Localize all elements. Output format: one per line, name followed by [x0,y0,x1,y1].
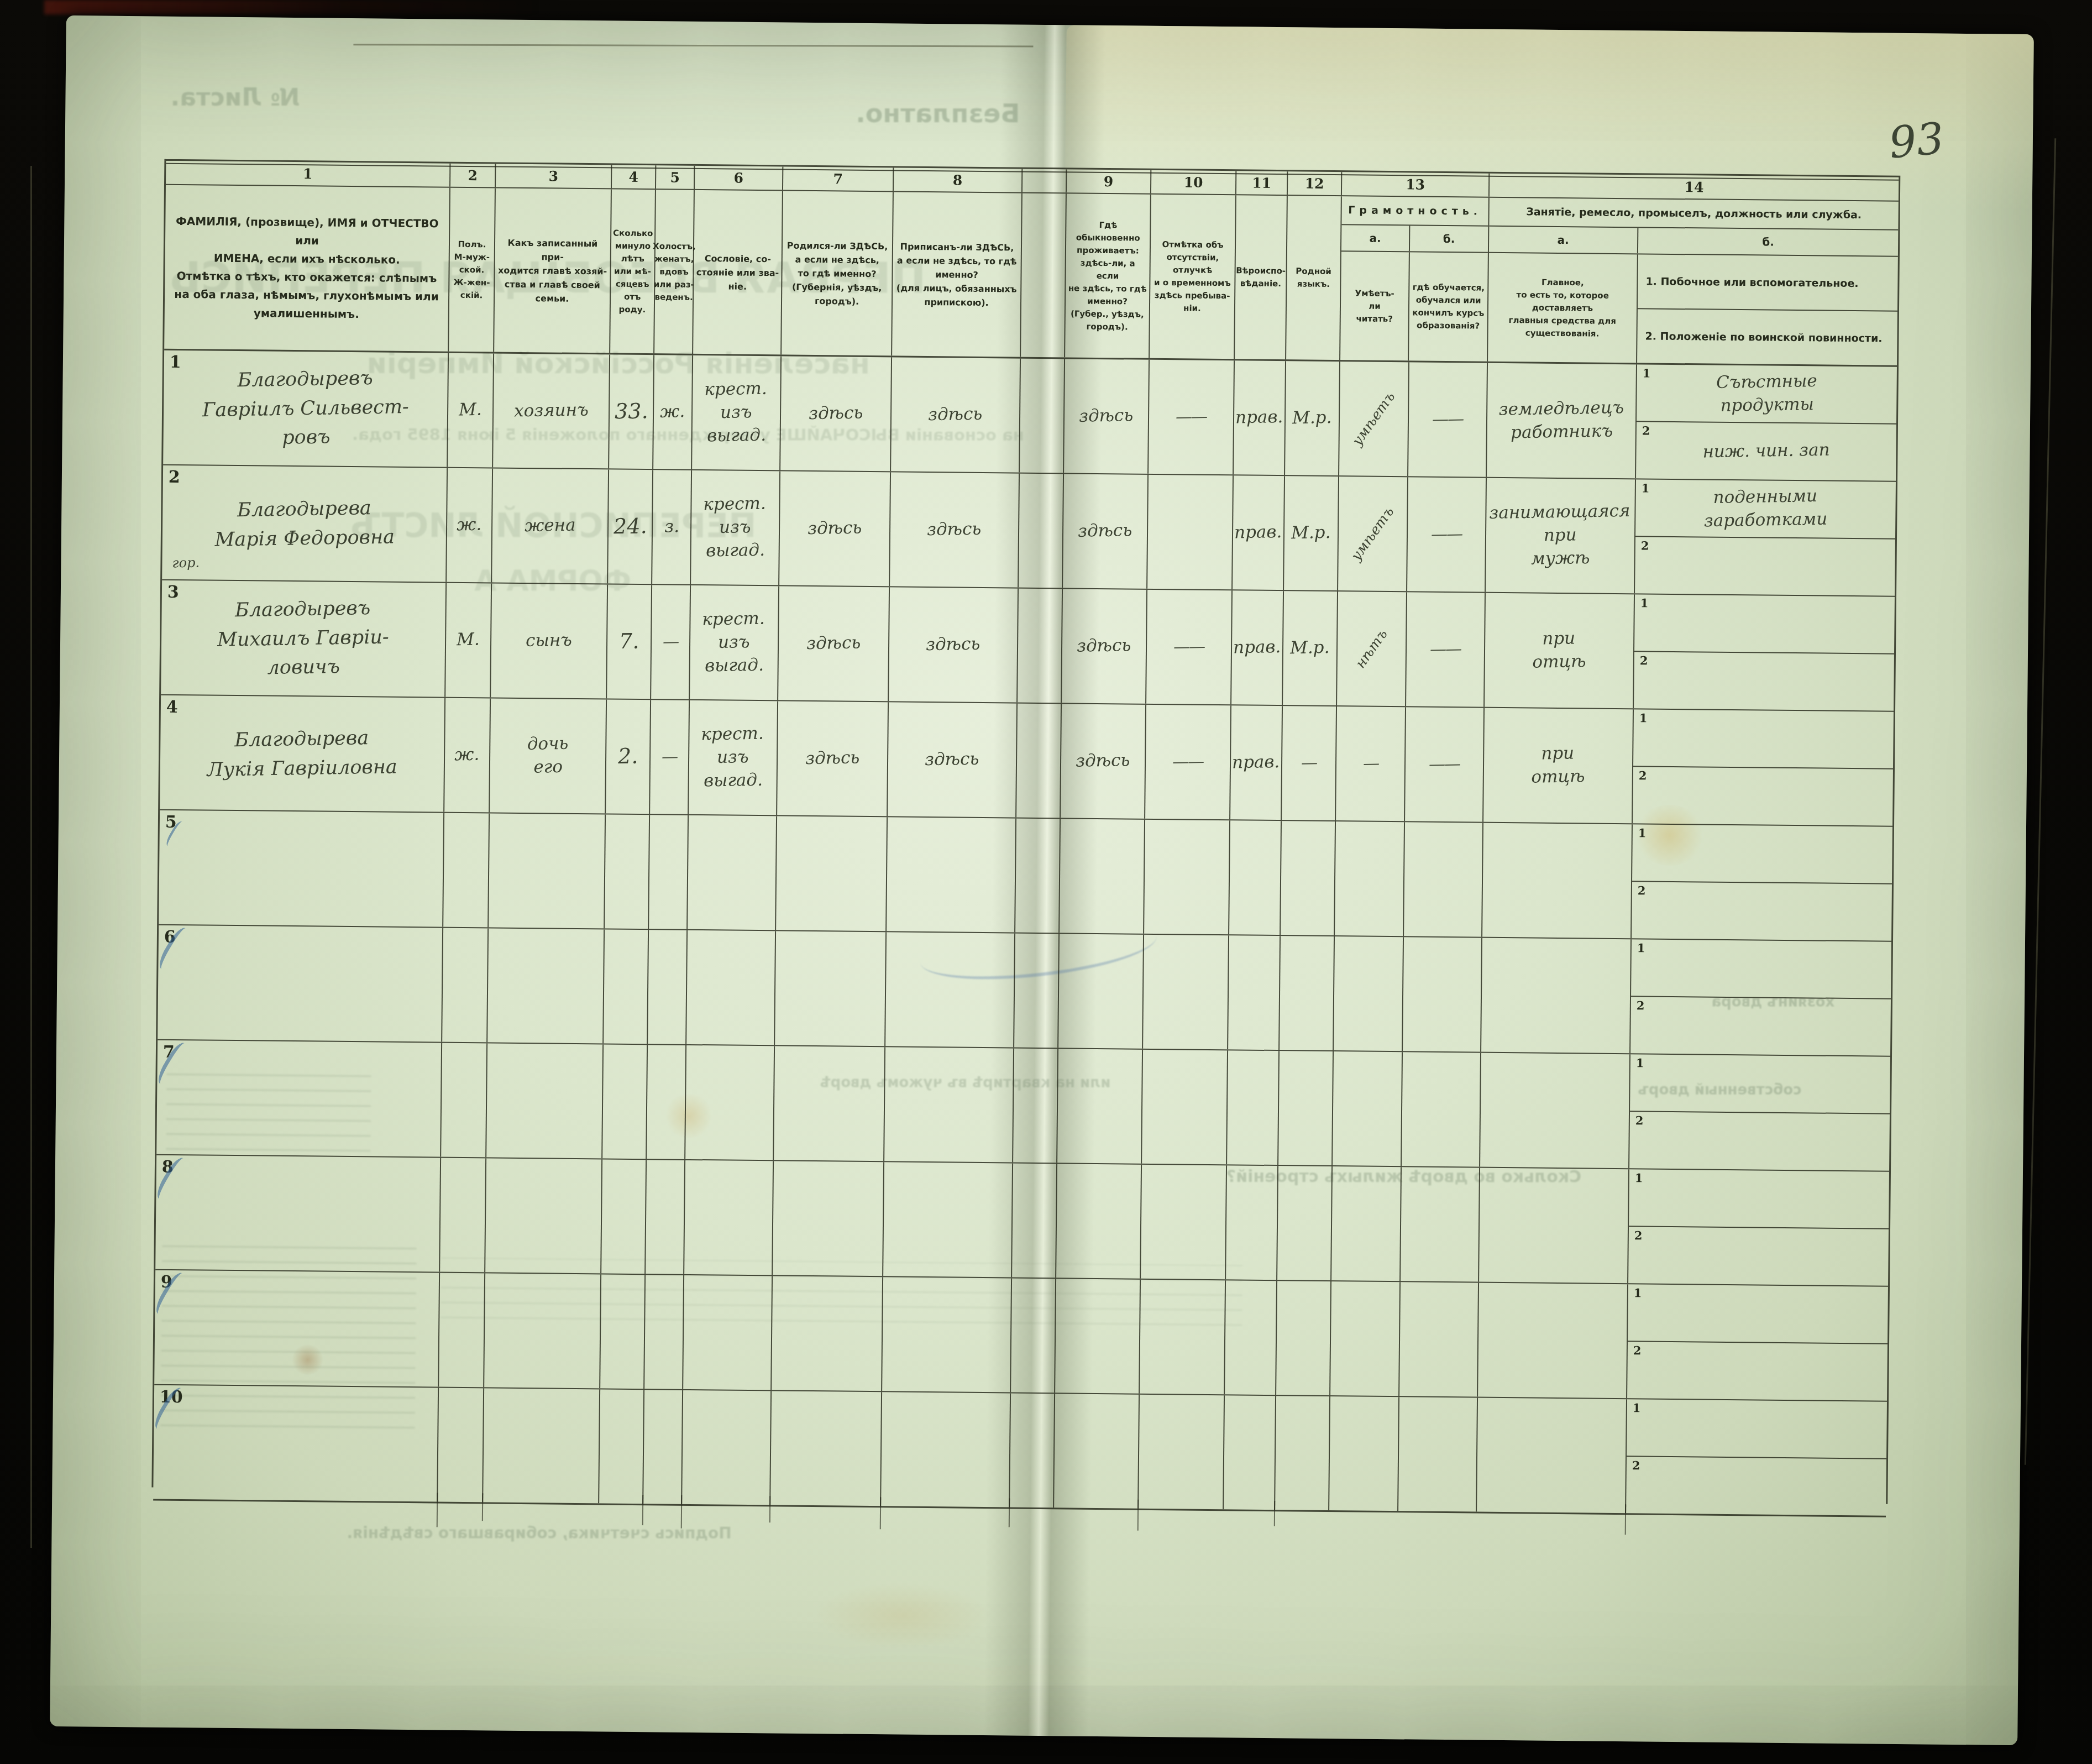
header-estate: Сословіе, со- стояніе или зва- ніе. [693,190,783,355]
entry-absence: —— [1173,636,1205,658]
cell-estate [682,1390,772,1505]
cell-marital: з. [652,470,692,584]
cell-education [1401,1167,1480,1281]
cell-language [1280,936,1335,1050]
printed-sub2: 2 [1635,1113,1644,1127]
cell-literacy [1334,936,1404,1051]
cell-birthplace: здѣсь [778,586,890,701]
cell-sex [438,1388,484,1503]
cell-surname: 9 [154,1270,440,1387]
cell-absence [1142,1050,1228,1164]
cell-estate [684,1160,774,1275]
cell-literacy: — [1336,706,1406,821]
entry-relation: хозяинъ [513,399,588,423]
col-number: 7 [783,166,894,191]
cell-age: 2. [606,699,651,814]
header-religion: Вѣроиспо- вѣданіе. [1235,195,1288,359]
entry-estate: крест. изъ выгад. [701,723,764,793]
rule-stub [482,1493,483,1521]
header-literacy-read: Умѣетъ- ли читать? [1340,252,1410,360]
entry-relation: сынъ [526,629,572,653]
entry-name: Благодырева Лукія Гавріиловна [207,723,398,784]
cell-education [1404,822,1483,936]
bleed-sheet-no: № Листа. [171,83,300,112]
fold-spacer [1012,1164,1057,1278]
rule-stub [642,1495,644,1525]
cell-occupation-side: 1 2 [1633,709,1894,826]
cell-sex: М. [445,583,492,698]
cell-education [1398,1397,1478,1511]
entry-occupation-main: занимающаяся при мужѣ [1489,500,1631,572]
cell-absence [1139,1395,1225,1509]
printed-sub1: 1 [1643,366,1651,380]
page-number: 93 [1887,114,1946,169]
header-absence: Отмѣтка объ отсутствіи, отлучкѣ и о врем… [1150,195,1236,359]
entry-estate: крест. изъ выгад. [702,608,766,678]
cell-surname: 8 [155,1155,441,1272]
cell-marital [649,815,689,929]
entry-occupation-main: при отцѣ [1532,627,1586,674]
cell-education [1402,1052,1481,1166]
entry-literacy: — [1362,752,1378,775]
cell-language [1275,1396,1330,1510]
cell-registration: здѣсь [891,357,1021,472]
printed-sub1: 1 [1642,481,1650,495]
row-number: 4 [166,698,178,717]
row-number: 3 [167,583,179,602]
occupation-side-sub2: 2 [1635,537,1895,596]
census-table: 1 2 3 4 5 6 7 8 9 10 11 12 13 14 ФАМИЛІЯ… [151,159,1900,1504]
cell-registration [887,817,1016,932]
cell-birthplace: здѣсь [777,701,889,816]
cell-language: М.р. [1285,361,1340,475]
cell-language [1281,821,1336,935]
occupation-side-sub1: 1 [1629,1169,1889,1229]
cell-occupation-main [1482,823,1633,939]
census-photo: № Листа. Безплатно. ПЕРВАЯ ВСЕОБЩАЯ ПЕРЕ… [0,0,2092,1764]
cell-occupation-main [1478,1283,1628,1399]
cell-occupation-main [1481,938,1632,1054]
header-occupation-a-label: а. [1489,227,1638,254]
cell-religion [1227,1050,1280,1165]
entry-name: Благодыревъ Михаилъ Гавріи- ловичъ [217,594,390,684]
table-row: 2 Благодырева Марія Федоровна гор. ж. же… [162,465,1896,597]
entry-birthplace: здѣсь [805,747,860,771]
entry-marital: ж. [660,400,685,424]
entry-language: М.р. [1290,636,1330,660]
header-literacy-b-label: б. [1410,226,1488,252]
cell-surname: 4 Благодырева Лукія Гавріиловна [160,695,445,812]
printed-sub1: 1 [1633,1401,1641,1415]
cell-religion [1228,935,1281,1050]
occupation-side-sub1: 1поденными заработками [1635,479,1896,540]
cell-marital: — [651,585,691,699]
occupation-side-sub2: 2 [1627,1342,1887,1401]
cell-education: —— [1406,592,1486,706]
entry-registration: здѣсь [926,633,981,657]
header-birthplace: Родился-ли ЗДѢСЬ, а если не здѣсь, то гд… [782,191,894,355]
cell-residence: здѣсь [1061,704,1146,818]
cell-birthplace: здѣсь [780,356,892,471]
table-row: 7 1 2 [156,1040,1890,1172]
cell-relation: сынъ [491,583,608,698]
cell-marital [646,1160,685,1274]
cell-language [1277,1166,1333,1280]
cell-religion [1225,1280,1277,1395]
cell-age [604,929,649,1044]
bleed-free: Безплатно. [856,98,1020,128]
cell-surname: 10 [153,1385,439,1502]
occupation-side-sub1: 1 [1634,594,1895,655]
cell-sex [440,1158,486,1273]
col-number: 5 [656,165,695,189]
cell-religion [1224,1395,1276,1510]
entry-occupation-side: Съѣстные продукты [1716,370,1818,418]
cell-registration: здѣсь [888,702,1018,817]
printed-sub1: 1 [1635,1171,1643,1185]
header-age: Сколько минуло лѣтъ или мѣ- сяцевъ отъ р… [610,189,656,353]
cell-residence: здѣсь [1064,359,1150,473]
entry-residence: здѣсь [1079,404,1134,428]
page-stack-edge [30,166,32,1548]
cell-absence: —— [1145,705,1231,819]
cell-occupation-main: земледѣлецъ работникъ [1487,363,1637,479]
entry-religion: прав. [1233,636,1281,659]
occupation-side-sub2: 2 [1629,1112,1890,1171]
cell-relation [489,813,606,928]
cell-literacy [1333,1051,1403,1166]
printed-sub2: 2 [1633,1343,1642,1357]
cell-religion: прав. [1233,475,1285,590]
cell-absence: —— [1149,360,1235,474]
header-name: ФАМИЛІЯ, (прозвище), ИМЯ и ОТЧЕСТВО или … [164,185,450,352]
entry-education: —— [1429,753,1460,776]
col-number: 11 [1236,171,1288,195]
header-occupation-side1: 1. Побочное или вспомогательное. [1638,254,1898,312]
cell-residence [1060,819,1145,933]
cell-occupation-main: при отцѣ [1485,593,1635,709]
cell-surname: 6 [158,925,443,1042]
cell-residence [1056,1164,1142,1278]
cell-estate [688,815,777,930]
cell-surname: 7 [156,1040,442,1157]
col-number: 13 [1342,172,1490,197]
header-occupation-group: Занятіе, ремесло, промыселъ, должность и… [1488,198,1899,365]
entry-education: —— [1431,523,1462,546]
cell-age [599,1389,644,1504]
cell-occupation-side: 1 2 [1632,824,1892,941]
header-literacy-a-label: а. [1341,225,1411,251]
row-number: 2 [169,468,180,487]
cell-occupation-side: 1 2 [1628,1169,1889,1286]
cell-age [605,814,650,929]
cell-occupation-main [1479,1168,1629,1284]
cell-religion: прав. [1230,705,1283,820]
printed-sub2: 2 [1632,1458,1640,1472]
entry-religion: прав. [1234,521,1282,545]
cell-residence [1055,1279,1141,1393]
entry-birthplace: здѣсь [808,517,862,541]
paper: № Листа. Безплатно. ПЕРВАЯ ВСЕОБЩАЯ ПЕРЕ… [50,15,2034,1745]
cell-surname: 3 Благодыревъ Михаилъ Гавріи- ловичъ [161,580,447,697]
entry-name: Благодыревъ Гавріилъ Сильвест- ровъ [202,363,410,454]
header-sex: Полъ. М-муж- ской. Ж-жен- скій. [449,188,496,352]
header-literacy-title: Грамотность. [1341,196,1488,227]
printed-sub1: 1 [1634,1286,1642,1300]
cell-religion [1229,820,1282,935]
entry-registration: здѣсь [927,518,982,542]
cell-occupation-side: 1поденными заработками 2 [1635,479,1896,596]
entry-education: —— [1430,638,1461,661]
col-number: 4 [612,165,656,189]
fold-spacer [1018,589,1063,703]
cell-religion: прав. [1231,590,1284,705]
header-occupation-title: Занятіе, ремесло, промыселъ, должность и… [1489,198,1898,231]
printed-sub2: 2 [1637,998,1645,1012]
entry-birthplace: здѣсь [809,402,863,426]
entry-marital: з. [664,515,679,538]
entry-religion: прав. [1232,751,1280,774]
cell-literacy [1331,1166,1402,1281]
cell-sex: ж. [444,698,491,813]
cell-religion [1226,1165,1278,1280]
cell-estate [686,930,776,1045]
cell-occupation-main: занимающаяся при мужѣ [1486,478,1636,594]
cell-language: М.р. [1283,591,1338,705]
cell-birthplace [770,1391,882,1506]
cell-estate [685,1045,775,1160]
cell-residence [1054,1394,1140,1508]
cell-relation [485,1158,602,1273]
printed-sub2: 2 [1640,653,1648,667]
cell-education: —— [1407,477,1487,592]
entry-education: —— [1432,408,1464,431]
cell-marital: ж. [653,355,693,469]
entry-language: М.р. [1292,406,1332,430]
cell-occupation-main [1477,1398,1627,1514]
occupation-side-sub2: 2 [1633,767,1893,826]
occupation-side-sub1: 1 [1632,824,1892,884]
cell-sex [442,928,489,1043]
cell-residence [1058,934,1144,1048]
entry-age: 2. [618,742,638,771]
cell-registration [884,1047,1014,1162]
entry-literacy: умѣетъ [1348,388,1399,449]
entry-note: гор. [172,553,200,572]
cell-absence [1140,1280,1226,1394]
cell-relation: жена [492,468,609,583]
cell-absence [1143,935,1229,1049]
entry-literacy: нѣтъ [1351,626,1392,672]
rule-stub [769,1496,770,1522]
table-row: 4 Благодырева Лукія Гавріиловна ж. дочь … [160,695,1894,827]
occupation-side-sub2: 2 [1634,652,1894,711]
entry-sex: ж. [454,744,480,767]
fold-spacer [1013,1049,1058,1163]
cell-absence [1144,820,1230,934]
rule-stub [1137,1500,1139,1531]
cell-age [601,1159,647,1274]
header-occupation-b-label: б. [1638,228,1898,256]
cell-surname: 2 Благодырева Марія Федоровна гор. [162,465,448,582]
cell-relation [486,1043,604,1158]
col-number: 2 [450,164,496,187]
cell-birthplace [773,1161,884,1276]
fold-spacer [1011,1279,1056,1393]
rule-stub [1274,1501,1275,1526]
entry-marital: — [663,631,679,653]
cell-registration [885,932,1015,1047]
cell-marital [644,1275,684,1389]
cell-surname: 5 [159,810,444,927]
header-residence: Гдѣ обыкновенно проживаетъ: здѣсь-ли, а … [1065,193,1151,358]
rule-stub [437,1493,438,1527]
table-row: 3 Благодыревъ Михаилъ Гавріи- ловичъ М. … [161,580,1895,712]
cell-registration [883,1162,1013,1277]
entry-language: — [1301,752,1317,774]
cell-occupation-side: 1 2 [1629,1054,1890,1171]
cell-birthplace [775,931,887,1046]
cell-sex [439,1273,485,1388]
entry-registration: здѣсь [928,403,983,427]
cell-absence [1141,1165,1227,1279]
printed-sub1: 1 [1637,941,1645,955]
entry-residence: здѣсь [1076,749,1130,773]
col-number: 9 [1067,169,1151,193]
cell-marital [647,1045,686,1159]
rule-stub [880,1497,882,1529]
fold-spacer [1015,819,1061,933]
header-row: ФАМИЛІЯ, (прозвище), ИМЯ и ОТЧЕСТВО или … [164,185,1899,367]
bleed-signature: Подпись счетчика, собиравшаго свѣдѣнія. [378,1524,732,1542]
fold-spacer [1023,169,1067,193]
cell-occupation-main: при отцѣ [1483,708,1634,824]
fold-spacer [1016,704,1062,818]
occupation-side-sub1: 1 [1633,709,1894,770]
entry-residence: здѣсь [1077,634,1131,658]
entry-language: М.р. [1291,521,1331,545]
occupation-side-sub2: 2ниж. чин. зап [1636,422,1896,481]
cell-registration: здѣсь [890,472,1020,587]
cell-estate: крест. изъ выгад. [690,585,779,700]
cell-education: —— [1408,362,1488,477]
printed-sub2: 2 [1638,883,1646,897]
cell-occupation-side: 1 2 [1626,1399,1887,1516]
cell-age: 33. [609,354,654,469]
entry-occupation-side: поденными заработками [1703,485,1828,533]
fold-spacer [1021,193,1067,358]
cell-residence: здѣсь [1063,474,1149,588]
entry-age: 33. [614,397,648,426]
cell-sex: М. [448,353,494,468]
cell-occupation-main [1480,1053,1630,1169]
cell-residence: здѣсь [1062,589,1147,703]
cell-registration: здѣсь [889,587,1019,702]
cell-education [1399,1282,1479,1396]
cell-marital: — [650,700,690,814]
cell-literacy [1335,821,1405,936]
cell-marital [648,930,688,1044]
cell-relation: хозяинъ [493,353,610,468]
occupation-side-sub1: 1 [1628,1284,1888,1344]
header-occupation-side: 1. Побочное или вспомогательное. 2. Поло… [1637,254,1898,365]
printed-sub2: 2 [1642,423,1650,437]
cell-occupation-side: 1 2 [1634,594,1895,711]
under-sheet-edge [353,44,1033,47]
cell-relation [487,928,605,1043]
header-marital: Холостъ, женатъ, вдовъ или раз- веденъ. [654,190,695,354]
cell-estate: крест. изъ выгад. [689,700,778,815]
entry-estate: крест. изъ выгад. [703,493,767,563]
cell-sex [441,1043,487,1158]
cell-registration [882,1277,1012,1392]
table-row: 8 1 2 [155,1155,1889,1287]
table-row: 1 Благодыревъ Гавріилъ Сильвест- ровъ М.… [163,350,1897,482]
col-number: 14 [1490,174,1899,201]
entry-absence: —— [1172,751,1204,773]
header-language: Родной языкъ. [1286,196,1342,360]
entry-absence: —— [1176,406,1207,428]
cell-estate: крест. изъ выгад. [691,470,780,585]
fold-spacer [1010,1394,1055,1508]
occupation-side-sub2: 2 [1628,1227,1889,1286]
cell-surname: 1 Благодыревъ Гавріилъ Сильвест- ровъ [163,350,449,467]
fold-spacer [1020,359,1065,473]
entry-residence: здѣсь [1078,519,1132,543]
table-row: 5 1 2 [159,810,1892,942]
cell-estate: крест. изъ выгад. [692,355,782,470]
cell-literacy: нѣтъ [1337,592,1407,706]
cell-language [1278,1051,1334,1165]
printed-sub2: 2 [1639,768,1647,782]
cell-sex [443,813,490,928]
occupation-side-sub1: 1 [1630,1054,1890,1114]
fold-spacer [1014,934,1060,1048]
entry-birthplace: здѣсь [806,632,861,656]
cell-age [602,1044,648,1159]
entry-age: 7. [619,627,639,656]
occupation-side-sub1: 1Съѣстные продукты [1637,364,1897,425]
cell-education: —— [1405,707,1485,821]
cell-education [1403,937,1482,1051]
occupation-side-sub1: 1 [1627,1399,1887,1459]
col-number: 12 [1288,171,1342,195]
cell-relation [483,1388,600,1503]
printed-sub1: 1 [1640,596,1649,610]
entry-literacy: умѣетъ [1347,503,1398,564]
cell-relation: дочь его [490,698,607,813]
col-number: 10 [1151,170,1236,194]
header-occupation-side2: 2. Положеніе по воинской повинности. [1637,309,1897,365]
cell-occupation-side: 1 2 [1630,939,1891,1056]
entry-occupation-main: земледѣлецъ работникъ [1498,396,1624,444]
col-number: 6 [695,166,783,190]
age-spot [814,1582,991,1650]
header-literacy-group: Грамотность. а. б. Умѣетъ- ли читать? гд… [1340,196,1490,362]
row-number: 1 [170,353,181,372]
cell-registration [881,1392,1011,1507]
printed-sub1: 1 [1638,826,1647,840]
cell-birthplace [776,816,888,931]
entry-age: 24. [613,512,647,541]
rule-stub [1625,1504,1627,1535]
cell-sex: ж. [447,468,493,583]
occupation-side-sub2: 2 [1630,997,1891,1056]
cell-literacy: умѣетъ [1338,477,1408,591]
col-number: 8 [894,167,1023,192]
cell-age: 7. [607,584,652,699]
cell-language: — [1282,706,1337,820]
